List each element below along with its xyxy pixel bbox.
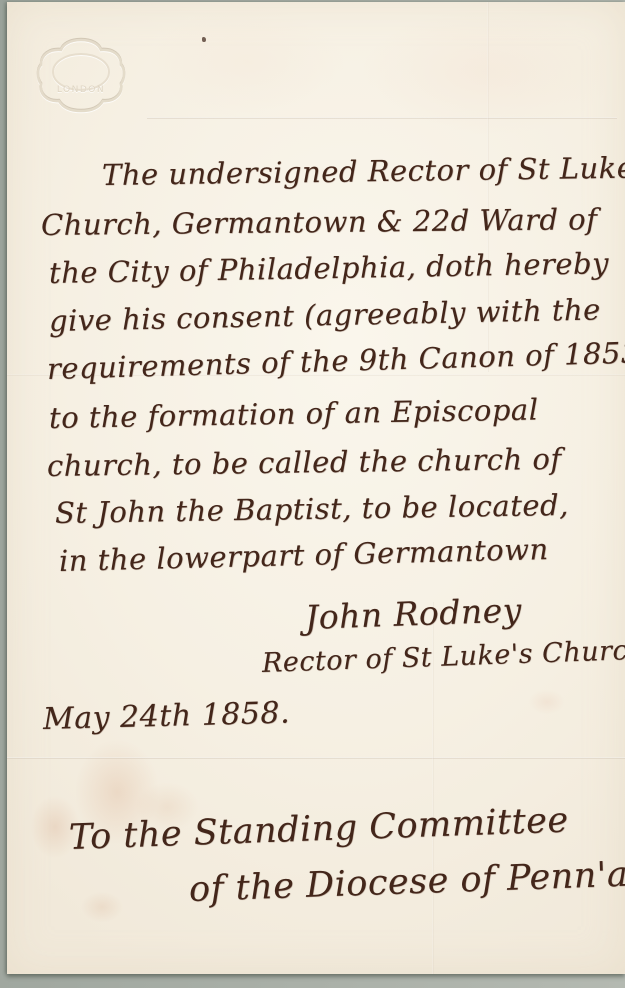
signature-title: Rector of St Luke's Church xyxy=(261,635,625,679)
letter-line-6: to the formation of an Episcopal xyxy=(49,392,539,435)
signature: John Rodney xyxy=(304,590,522,637)
letter-paper: LONDON The undersigned Rector of St Luke… xyxy=(7,2,625,974)
letter-line-8: St John the Baptist, to be located, xyxy=(55,488,569,530)
letter-date: May 24th 1858. xyxy=(43,696,291,737)
ink-speck xyxy=(202,37,206,42)
letter-line-1: The undersigned Rector of St Luke's xyxy=(102,150,625,192)
letter-line-3: the City of Philadelphia, doth hereby xyxy=(49,246,610,290)
letter-line-2: Church, Germantown & 22d Ward of xyxy=(41,202,598,242)
letter-line-4: give his consent (agreeably with the xyxy=(49,292,601,338)
letter-line-5: requirements of the 9th Canon of 1853) xyxy=(47,335,625,386)
addressee-line-1: To the Standing Committee xyxy=(68,801,569,858)
scanned-document: LONDON The undersigned Rector of St Luke… xyxy=(0,0,625,988)
seal-graphic: LONDON xyxy=(35,36,127,120)
letter-line-9: in the lowerpart of Germantown xyxy=(59,532,549,578)
addressee-line-2: of the Diocese of Penn'a. xyxy=(188,854,625,910)
fold-crease-bottom xyxy=(7,757,625,759)
letter-line-7: church, to be called the church of xyxy=(47,442,562,483)
fold-crease-top xyxy=(147,117,617,119)
seal-text: LONDON xyxy=(57,85,105,95)
embossed-stationer-seal: LONDON xyxy=(35,36,127,120)
